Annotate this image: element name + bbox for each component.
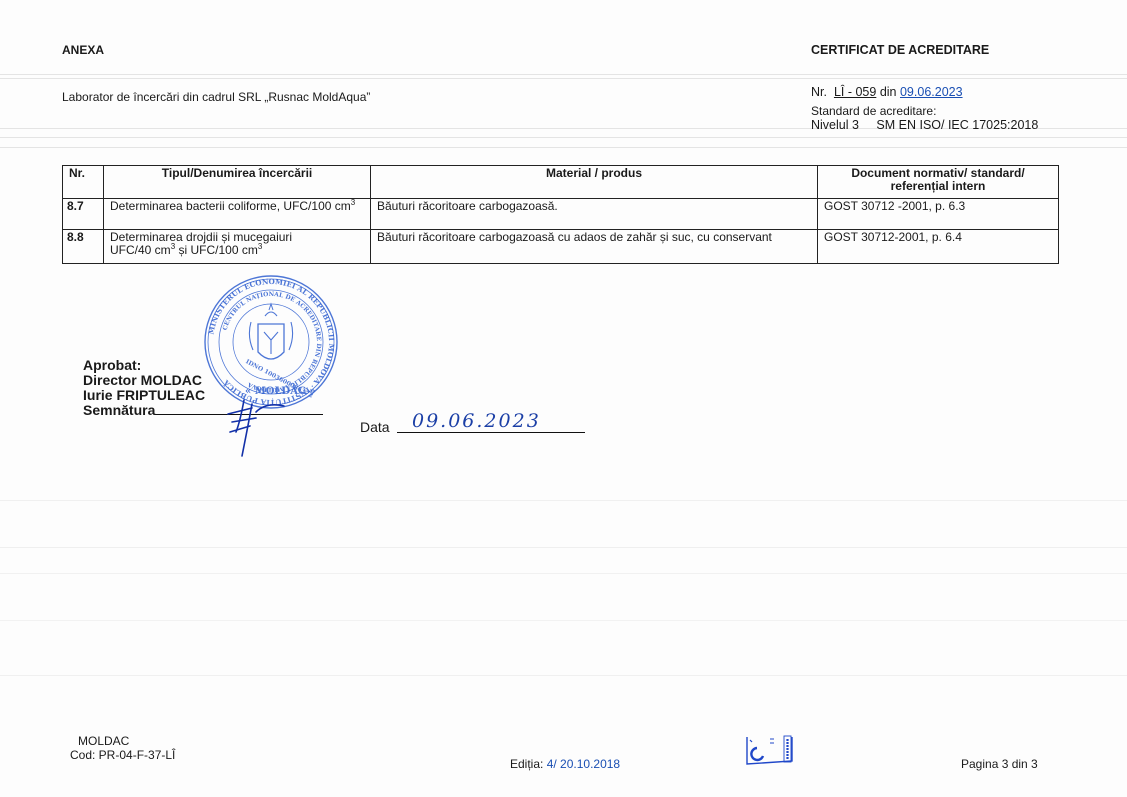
- edition-label: Ediția:: [510, 757, 543, 771]
- footer-organization: MOLDAC: [78, 734, 129, 748]
- page-number: Pagina 3 din 3: [961, 757, 1038, 771]
- scan-line: [0, 147, 1127, 148]
- test-text: Determinarea bacterii coliforme, UFC/100…: [110, 199, 351, 213]
- column-header-test: Tipul/Denumirea încercării: [104, 166, 371, 199]
- scan-line: [0, 675, 1127, 676]
- row-nr: 8.8: [63, 230, 104, 264]
- date-label: Data: [360, 419, 390, 435]
- column-header-document-text: Document normativ/ standard/ referențial…: [851, 166, 1024, 193]
- handwritten-date: 09.06.2023: [412, 410, 541, 432]
- handwritten-signature: [222, 392, 292, 462]
- column-header-nr: Nr.: [63, 166, 104, 199]
- small-accreditation-stamp: [746, 734, 794, 768]
- din-label: din: [880, 85, 897, 99]
- level: Nivelul 3: [811, 118, 859, 132]
- standard-label: Standard de acreditare:: [811, 104, 936, 118]
- certificate-code: LÎ - 059: [834, 85, 876, 99]
- row-material: Băuturi răcoritoare carbogazoasă cu adao…: [371, 230, 818, 264]
- row-document: GOST 30712-2001, p. 6.4: [818, 230, 1059, 264]
- table-row: 8.8 Determinarea drojdii și mucegaiuri U…: [63, 230, 1059, 264]
- scan-line: [0, 573, 1127, 574]
- superscript: 3: [258, 242, 262, 251]
- scan-line: [0, 620, 1127, 621]
- footer-edition: Ediția: 4/ 20.10.2018: [510, 757, 620, 771]
- footer-form-code: Cod: PR-04-F-37-LÎ: [70, 748, 175, 762]
- row-material: Băuturi răcoritoare carbogazoasă.: [371, 199, 818, 230]
- row-nr: 8.7: [63, 199, 104, 230]
- scan-line: [0, 74, 1127, 75]
- test-text-part: și UFC/100 cm: [175, 243, 258, 257]
- standard-level: Nivelul 3 SM EN ISO/ IEC 17025:2018: [811, 118, 1038, 132]
- standard-name: SM EN ISO/ IEC 17025:2018: [876, 118, 1038, 132]
- row-test: Determinarea drojdii și mucegaiuri UFC/4…: [104, 230, 371, 264]
- table-row: 8.7 Determinarea bacterii coliforme, UFC…: [63, 199, 1059, 230]
- test-text-line2: UFC/40 cm3 și UFC/100 cm3: [110, 244, 364, 257]
- scan-line: [0, 547, 1127, 548]
- test-text-part: UFC/40 cm: [110, 243, 171, 257]
- certificate-title: CERTIFICAT DE ACREDITARE: [811, 43, 989, 57]
- approver-role: Director MOLDAC: [83, 373, 323, 388]
- column-header-document: Document normativ/ standard/ referențial…: [818, 166, 1059, 199]
- scan-line: [0, 500, 1127, 501]
- date-line: [397, 432, 585, 433]
- laboratory-name: Laborator de încercări din cadrul SRL „R…: [62, 90, 370, 104]
- row-test: Determinarea bacterii coliforme, UFC/100…: [104, 199, 371, 230]
- nr-label: Nr.: [811, 85, 827, 99]
- row-document: GOST 30712 -2001, p. 6.3: [818, 199, 1059, 230]
- accreditation-scope-table: Nr. Tipul/Denumirea încercării Material …: [62, 165, 1059, 264]
- certificate-number: Nr. LÎ - 059 din 09.06.2023: [811, 85, 963, 99]
- scan-line: [0, 137, 1127, 138]
- column-header-material: Material / produs: [371, 166, 818, 199]
- table-header-row: Nr. Tipul/Denumirea încercării Material …: [63, 166, 1059, 199]
- certificate-date: 09.06.2023: [900, 85, 963, 99]
- scan-line: [0, 78, 1127, 79]
- edition-value: 4/ 20.10.2018: [547, 757, 620, 771]
- superscript: 3: [351, 198, 355, 207]
- annex-title: ANEXA: [62, 43, 104, 57]
- approved-label: Aprobat:: [83, 358, 323, 373]
- signature-label: Semnătura: [83, 402, 155, 418]
